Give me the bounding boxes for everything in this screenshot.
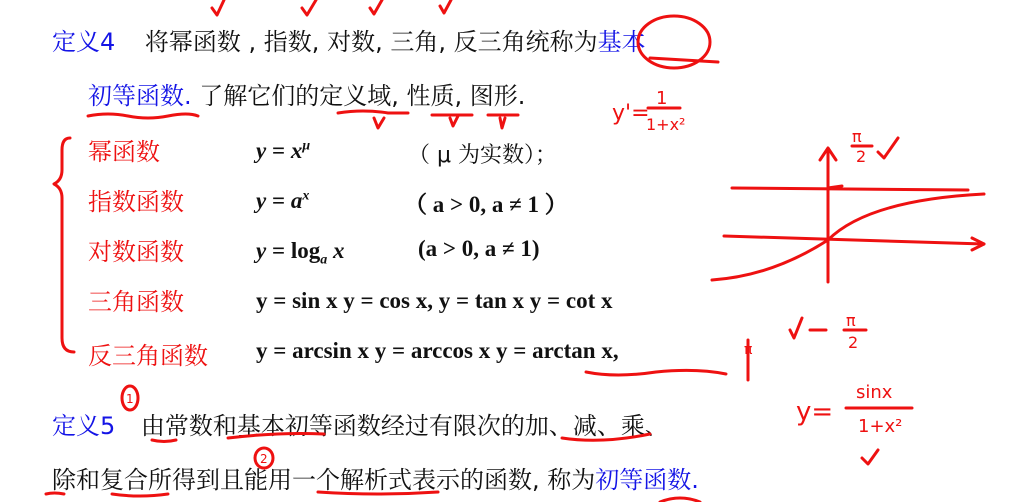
svg-text:1: 1: [656, 88, 667, 109]
log-base: a: [320, 253, 327, 268]
elementary-function-term: 初等函数.: [595, 466, 699, 494]
definition-5: 定义5 由常数和基本初等函数经过有限次的加、减、乘、: [52, 406, 669, 441]
check-mark-icon: [440, 0, 451, 13]
function-name-power: 幂函数: [88, 132, 160, 167]
asymptote-top: [732, 188, 968, 190]
condition-power: （ μ 为实数）；: [408, 138, 557, 169]
derivative-note: y'=: [612, 101, 650, 126]
definition-4: 定义4 将幂函数 , 指数, 对数, 三角, 反三角统称为基本: [52, 22, 646, 57]
check-mark-icon: [212, 0, 224, 15]
arctan-curve: [712, 194, 984, 280]
formula-inverse-trig: y = arcsin x y = arccos x y = arctan x,: [256, 338, 619, 364]
definition-5-line2: 除和复合所得到且能用一个解析式表示的函数, 称为初等函数.: [52, 460, 699, 495]
brace-icon: [54, 138, 74, 352]
definition-4-line2: 初等函数. 了解它们的定义域, 性质, 图形.: [88, 76, 525, 111]
condition-logarithmic: (a > 0, a ≠ 1): [418, 236, 540, 262]
check-mark-icon: [370, 0, 382, 14]
formula-logarithmic: y = loga x: [256, 238, 344, 269]
svg-text:2: 2: [856, 147, 866, 166]
definition-4-text: 将幂函数 , 指数, 对数, 三角, 反三角统称为: [145, 28, 598, 56]
condition-exponential: （ a > 0, a ≠ 1 ）: [404, 186, 568, 219]
elementary-functions-term: 初等函数.: [88, 82, 192, 110]
formula-power: y = xμ: [256, 138, 310, 164]
x-axis-arrow-icon: [724, 236, 984, 244]
svg-text:1+x²: 1+x²: [646, 115, 685, 134]
definition-5-label: 定义5: [52, 412, 115, 440]
circle-number-1: 1: [126, 392, 134, 406]
definition-4-highlight: 基本: [598, 28, 646, 56]
definition-4-line2-text: 了解它们的定义域, 性质, 图形.: [192, 82, 526, 110]
function-name-trigonometric: 三角函数: [88, 282, 184, 317]
formula-trigonometric: y = sin x y = cos x, y = tan x y = cot x: [256, 288, 613, 314]
function-name-exponential: 指数函数: [88, 182, 184, 217]
svg-text:π: π: [744, 342, 753, 358]
graph-top-label: π: [852, 127, 862, 146]
function-name-logarithmic: 对数函数: [88, 232, 184, 267]
circle-mark-icon: [638, 16, 710, 68]
example-function-note: y=: [796, 397, 833, 427]
svg-text:sinx: sinx: [856, 382, 893, 403]
definition-5-line2-text: 除和复合所得到且能用一个解析式表示的函数, 称为: [52, 466, 595, 494]
formula-exponential: y = ax: [256, 188, 309, 214]
definition-5-text: 由常数和基本初等函数经过有限次的加、减、乘、: [141, 412, 669, 440]
power-exponent: μ: [302, 138, 310, 153]
definition-4-label: 定义4: [52, 28, 115, 56]
svg-text:2: 2: [848, 333, 858, 352]
function-name-inverse-trig: 反三角函数: [88, 336, 208, 371]
check-mark-icon: [302, 0, 316, 15]
svg-text:1+x²: 1+x²: [858, 416, 902, 437]
exp-exponent: x: [302, 188, 309, 203]
graph-bottom-label: π: [846, 311, 856, 330]
